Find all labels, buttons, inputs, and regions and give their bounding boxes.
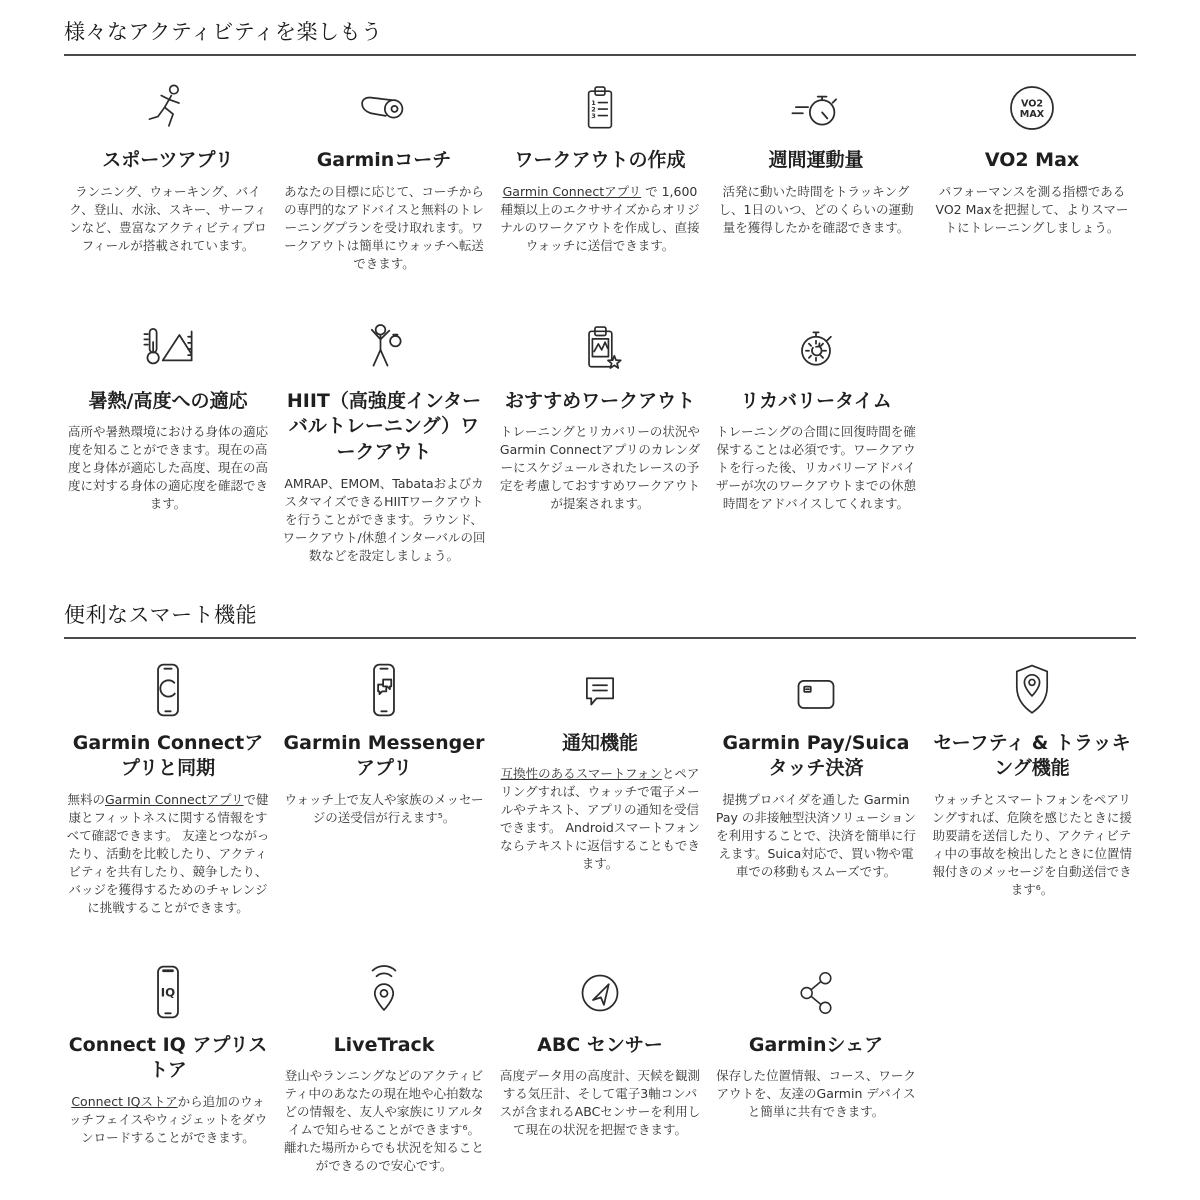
feature-description: 互換性のあるスマートフォンとペアリングすれば、ウォッチで電子メールやテキスト、ア… <box>498 765 702 873</box>
feature-description: あなたの目標に応じて、コーチからの専門的なアドバイスと無料のトレーニングプランを… <box>282 183 486 273</box>
svg-text:VO2: VO2 <box>1021 98 1043 109</box>
runner-icon <box>66 78 270 136</box>
text-segment: ウォッチ上で友人や家族のメッセージの送受信が行えます⁵。 <box>284 792 483 825</box>
feature-description: 無料のGarmin Connectアプリで健康とフィットネスに関する情報をすべて… <box>66 791 270 917</box>
text-segment: トレーニングとリカバリーの状況やGarmin Connectアプリのカレンダーに… <box>500 424 700 511</box>
feature-card-hiit: HIIT（高強度インターバルトレーニング）ワークアウト AMRAP、EMOM、T… <box>280 319 488 565</box>
text-segment: ウォッチとスマートフォンをペアリングすれば、危険を感じたときに援助要請を送信した… <box>932 792 1132 897</box>
feature-title: VO2 Max <box>930 148 1134 174</box>
vo2max-icon: VO2 MAX <box>930 78 1134 136</box>
text-segment: 活発に動いた時間をトラッキングし、1日のいつ、どのくらいの運動量を獲得したかを確… <box>719 184 914 235</box>
feature-title: リカバリータイム <box>714 389 918 415</box>
text-segment: パフォーマンスを測る指標であるVO2 Maxを把握して、よりスマートにトレーニン… <box>936 184 1129 235</box>
feature-title: LiveTrack <box>282 1033 486 1059</box>
feature-page: 様々なアクティビティを楽しもう スポーツアプリ ランニング、ウォーキング、バイク… <box>0 0 1200 1175</box>
feature-card-safety-tracking: セーフティ & トラッキング機能 ウォッチとスマートフォンをペアリングすれば、危… <box>928 661 1136 899</box>
feature-description: Garmin Connectアプリ で 1,600 種類以上のエクササイズからオ… <box>498 183 702 255</box>
feature-card-vo2max: VO2 MAX VO2 Max パフォーマンスを測る指標であるVO2 Maxを把… <box>928 78 1136 237</box>
livetrack-pin-icon <box>282 963 486 1021</box>
feature-title: Garmin Connectアプリと同期 <box>66 731 270 782</box>
feature-description: 高度データ用の高度計、天候を観測する気圧計、そして電子3軸コンパスが含まれるAB… <box>498 1067 702 1139</box>
text-segment: ランニング、ウォーキング、バイク、登山、水泳、スキー、サーフィンなど、豊富なアク… <box>69 184 267 253</box>
feature-title: HIIT（高強度インターバルトレーニング）ワークアウト <box>282 389 486 466</box>
hiit-person-icon <box>282 319 486 377</box>
svg-text:3: 3 <box>591 112 596 120</box>
feature-description: AMRAP、EMOM、TabataおよびカスタマイズできるHIITワークアウトを… <box>282 475 486 565</box>
notification-bubble-icon <box>498 661 702 719</box>
phone-messenger-icon <box>282 661 486 719</box>
text-segment: 登山やランニングなどのアクティビティ中のあなたの現在地や心拍数などの情報を、友人… <box>284 1068 484 1173</box>
text-segment: AMRAP、EMOM、TabataおよびカスタマイズできるHIITワークアウトを… <box>282 476 485 563</box>
feature-card-messenger: Garmin Messenger アプリ ウォッチ上で友人や家族のメッセージの送… <box>280 661 488 827</box>
feature-card-suggested-workouts: おすすめワークアウト トレーニングとリカバリーの状況やGarmin Connec… <box>496 319 704 514</box>
feature-description: トレーニングの合間に回復時間を確保することは必須です。ワークアウトを行った後、リ… <box>714 423 918 513</box>
compass-arrow-icon <box>498 963 702 1021</box>
feature-description: 活発に動いた時間をトラッキングし、1日のいつ、どのくらいの運動量を獲得したかを確… <box>714 183 918 237</box>
feature-description: 提携プロバイダを通した Garmin Pay の非接触型決済ソリューションを利用… <box>714 791 918 881</box>
feature-card-recovery-time: リカバリータイム トレーニングの合間に回復時間を確保することは必須です。ワークア… <box>712 319 920 514</box>
text-segment: で健康とフィットネスに関する情報をすべて確認できます。 友達とつながったり、活動… <box>67 792 270 915</box>
feature-description: ウォッチ上で友人や家族のメッセージの送受信が行えます⁵。 <box>282 791 486 827</box>
phone-connect-icon <box>66 661 270 719</box>
feature-row: Garmin Connectアプリと同期 無料のGarmin Connectアプ… <box>64 661 1136 917</box>
feature-card-notifications: 通知機能 互換性のあるスマートフォンとペアリングすれば、ウォッチで電子メールやテ… <box>496 661 704 874</box>
text-segment: とペアリングすれば、ウォッチで電子メールやテキスト、アプリの通知を受信できます。… <box>500 766 700 871</box>
feature-card-garmin-coach: Garminコーチ あなたの目標に応じて、コーチからの専門的なアドバイスと無料の… <box>280 78 488 273</box>
heat-altitude-icon <box>66 319 270 377</box>
feature-description: ウォッチとスマートフォンをペアリングすれば、危険を感じたときに援助要請を送信した… <box>930 791 1134 899</box>
feature-card-connect-iq: IQ Connect IQ アプリストア Connect IQストアから追加のウ… <box>64 963 272 1147</box>
svg-text:IQ: IQ <box>161 985 175 999</box>
feature-row: 暑熱/高度への適応 高所や暑熱環境における身体の適応度を知ることができます。現在… <box>64 319 1136 565</box>
feature-card-connect-sync: Garmin Connectアプリと同期 無料のGarmin Connectアプ… <box>64 661 272 917</box>
feature-card-sports-apps: スポーツアプリ ランニング、ウォーキング、バイク、登山、水泳、スキー、サーフィン… <box>64 78 272 255</box>
feature-title: Garmin Pay/Suica タッチ決済 <box>714 731 918 782</box>
feature-card-garmin-share: Garminシェア 保存した位置情報、コース、ワークアウトを、友達のGarmin… <box>712 963 920 1122</box>
feature-title: セーフティ & トラッキング機能 <box>930 731 1134 782</box>
text-segment: 高度データ用の高度計、天候を観測する気圧計、そして電子3軸コンパスが含まれるAB… <box>500 1068 701 1137</box>
feature-card-livetrack: LiveTrack 登山やランニングなどのアクティビティ中のあなたの現在地や心拍… <box>280 963 488 1176</box>
feature-title: おすすめワークアウト <box>498 389 702 415</box>
feature-title: Garminシェア <box>714 1033 918 1059</box>
feature-card-garmin-pay: Garmin Pay/Suica タッチ決済 提携プロバイダを通した Garmi… <box>712 661 920 881</box>
recovery-timer-icon <box>714 319 918 377</box>
feature-description: トレーニングとリカバリーの状況やGarmin Connectアプリのカレンダーに… <box>498 423 702 513</box>
shield-pin-icon <box>930 661 1134 719</box>
feature-title: Garmin Messenger アプリ <box>282 731 486 782</box>
text-segment: あなたの目標に応じて、コーチからの専門的なアドバイスと無料のトレーニングプランを… <box>284 184 484 271</box>
feature-title: Connect IQ アプリストア <box>66 1033 270 1084</box>
feature-card-workout-creation: 1 2 3 ワークアウトの作成 Garmin Connectアプリ で 1,60… <box>496 78 704 255</box>
feature-card-abc-sensors: ABC センサー 高度データ用の高度計、天候を観測する気圧計、そして電子3軸コン… <box>496 963 704 1140</box>
feature-description: Connect IQストアから追加のウォッチフェイスやウィジェットをダウンロード… <box>66 1093 270 1147</box>
inline-link[interactable]: Connect IQストア <box>71 1094 177 1109</box>
feature-description: パフォーマンスを測る指標であるVO2 Maxを把握して、よりスマートにトレーニン… <box>930 183 1134 237</box>
feature-row: スポーツアプリ ランニング、ウォーキング、バイク、登山、水泳、スキー、サーフィン… <box>64 78 1136 273</box>
text-segment: トレーニングの合間に回復時間を確保することは必須です。ワークアウトを行った後、リ… <box>716 424 916 511</box>
whistle-icon <box>282 78 486 136</box>
feature-title: ABC センサー <box>498 1033 702 1059</box>
clipboard-star-icon <box>498 319 702 377</box>
feature-description: 高所や暑熱環境における身体の適応度を知ることができます。現在の高度と身体が適応し… <box>66 423 270 513</box>
inline-link[interactable]: Garmin Connectアプリ <box>105 792 244 807</box>
text-segment: 保存した位置情報、コース、ワークアウトを、友達のGarmin デバイスと簡単に共… <box>716 1068 916 1119</box>
feature-description: 保存した位置情報、コース、ワークアウトを、友達のGarmin デバイスと簡単に共… <box>714 1067 918 1121</box>
feature-title: ワークアウトの作成 <box>498 148 702 174</box>
feature-title: スポーツアプリ <box>66 148 270 174</box>
stopwatch-speed-icon <box>714 78 918 136</box>
section-smart-features: 便利なスマート機能 Garmin Connectアプリと同期 無料のGarmin… <box>64 599 1136 1176</box>
feature-description: ランニング、ウォーキング、バイク、登山、水泳、スキー、サーフィンなど、豊富なアク… <box>66 183 270 255</box>
feature-description: 登山やランニングなどのアクティビティ中のあなたの現在地や心拍数などの情報を、友人… <box>282 1067 486 1175</box>
inline-link[interactable]: 互換性のあるスマートフォン <box>501 766 662 781</box>
clipboard-list-icon: 1 2 3 <box>498 78 702 136</box>
text-segment: 無料の <box>67 792 105 807</box>
feature-title: Garminコーチ <box>282 148 486 174</box>
feature-title: 暑熱/高度への適応 <box>66 389 270 415</box>
feature-title: 週間運動量 <box>714 148 918 174</box>
feature-card-heat-altitude: 暑熱/高度への適応 高所や暑熱環境における身体の適応度を知ることができます。現在… <box>64 319 272 514</box>
feature-card-weekly-intensity: 週間運動量 活発に動いた時間をトラッキングし、1日のいつ、どのくらいの運動量を獲… <box>712 78 920 237</box>
svg-text:MAX: MAX <box>1020 109 1045 120</box>
text-segment: 高所や暑熱環境における身体の適応度を知ることができます。現在の高度と身体が適応し… <box>68 424 268 511</box>
feature-row: IQ Connect IQ アプリストア Connect IQストアから追加のウ… <box>64 963 1136 1176</box>
section-title-activities: 様々なアクティビティを楽しもう <box>64 16 1136 56</box>
feature-title: 通知機能 <box>498 731 702 757</box>
text-segment: 提携プロバイダを通した Garmin Pay の非接触型決済ソリューションを利用… <box>716 792 916 879</box>
phone-iq-icon: IQ <box>66 963 270 1021</box>
section-activities: 様々なアクティビティを楽しもう スポーツアプリ ランニング、ウォーキング、バイク… <box>64 16 1136 565</box>
inline-link[interactable]: Garmin Connectアプリ <box>503 184 642 199</box>
payment-card-icon <box>714 661 918 719</box>
share-nodes-icon <box>714 963 918 1021</box>
section-title-smart: 便利なスマート機能 <box>64 599 1136 639</box>
